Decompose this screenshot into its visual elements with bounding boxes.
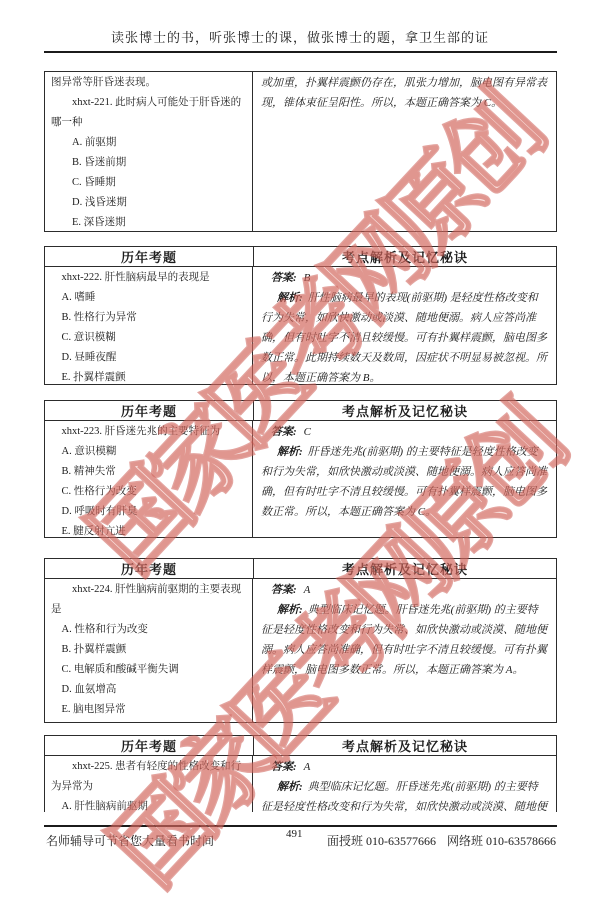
analysis-label: 解析:: [277, 292, 303, 304]
answer-label: 答案:: [271, 584, 297, 596]
analysis-line: 解析:肝性脑病最早的表现(前驱期) 是轻度性格改变和行为失常，如欣快激动或淡漠、…: [261, 288, 548, 384]
answer-label: 答案:: [271, 426, 297, 438]
answer-value: C: [304, 426, 311, 438]
footer-phone-onsite: 面授班 010-63577666: [327, 832, 436, 849]
analysis-line: 解析:典型临床记忆题。肝昏迷先兆(前驱期) 的主要特征是轻度性格改变和行为失常、…: [261, 600, 548, 680]
analysis-header: 考点解析及记忆秘诀: [254, 559, 556, 578]
footer-rule: [44, 825, 557, 827]
header-rule: [44, 51, 557, 53]
analysis-line: 解析:典型临床记忆题。肝昏迷先兆(前驱期) 的主要特征是轻度性格改变和行为失常，…: [261, 777, 548, 812]
table-header-row: 历年考题 考点解析及记忆秘诀: [45, 736, 556, 756]
question-table-xhxt-221: 图异常等肝昏迷表现。 xhxt-221. 此时病人可能处于肝昏迷的哪一种 A. …: [44, 71, 557, 232]
footer-phone-online: 网络班 010-63578666: [447, 832, 556, 849]
question-cell: xhxt-222. 肝性脑病最早的表现是 A. 嗜睡 B. 性格行为异常 C. …: [45, 267, 253, 384]
answer-label: 答案:: [271, 272, 297, 284]
answer-line: 答案:A: [261, 757, 548, 777]
analysis-header: 考点解析及记忆秘诀: [254, 401, 556, 420]
question-cell: 图异常等肝昏迷表现。 xhxt-221. 此时病人可能处于肝昏迷的哪一种 A. …: [45, 72, 253, 231]
analysis-continuation-text: 或加重，扑翼样震颤仍存在，肌张力增加，脑电图有异常表现，锥体束征呈阳性。所以，本…: [261, 73, 548, 113]
analysis-cell: 答案:C 解析:肝昏迷先兆(前驱期) 的主要特征是轻度性格改变和行为失常，如欣快…: [253, 421, 556, 537]
table-row: xhxt-222. 肝性脑病最早的表现是 A. 嗜睡 B. 性格行为异常 C. …: [45, 267, 556, 384]
question-table-xhxt-224: 历年考题 考点解析及记忆秘诀 xhxt-224. 肝性脑病前驱期的主要表现是 A…: [44, 558, 557, 723]
table-row: xhxt-223. 肝昏迷先兆的主要特征为 A. 意识模糊 B. 精神失常 C.…: [45, 421, 556, 537]
answer-value: A: [304, 584, 311, 596]
analysis-cell: 答案:A 解析:典型临床记忆题。肝昏迷先兆(前驱期) 的主要特征是轻度性格改变和…: [253, 756, 556, 812]
table-row: 图异常等肝昏迷表现。 xhxt-221. 此时病人可能处于肝昏迷的哪一种 A. …: [45, 72, 556, 231]
answer-line: 答案:C: [261, 422, 548, 442]
analysis-text: 肝性脑病最早的表现(前驱期) 是轻度性格改变和行为失常，如欣快激动或淡漠、随地便…: [261, 292, 547, 384]
header-slogan: 读张博士的书，听张博士的课，做张博士的题，拿卫生部的证: [0, 27, 600, 46]
table-row: xhxt-225. 患者有轻度的性格改变和行为异常为 A. 肝性脑病前驱期 答案…: [45, 756, 556, 812]
exam-questions-header: 历年考题: [45, 401, 254, 420]
analysis-label: 解析:: [277, 781, 303, 793]
analysis-text: 典型临床记忆题。肝昏迷先兆(前驱期) 的主要特征是轻度性格改变和行为失常，如欣快…: [261, 781, 547, 812]
table-header-row: 历年考题 考点解析及记忆秘诀: [45, 401, 556, 421]
question-cell: xhxt-223. 肝昏迷先兆的主要特征为 A. 意识模糊 B. 精神失常 C.…: [45, 421, 253, 537]
question-cell: xhxt-225. 患者有轻度的性格改变和行为异常为 A. 肝性脑病前驱期: [45, 756, 253, 812]
table-header-row: 历年考题 考点解析及记忆秘诀: [45, 559, 556, 579]
answer-label: 答案:: [271, 761, 297, 773]
table-header-row: 历年考题 考点解析及记忆秘诀: [45, 247, 556, 267]
table-row: xhxt-224. 肝性脑病前驱期的主要表现是 A. 性格和行为改变 B. 扑翼…: [45, 579, 556, 722]
analysis-cell: 答案:A 解析:典型临床记忆题。肝昏迷先兆(前驱期) 的主要特征是轻度性格改变和…: [253, 579, 556, 722]
analysis-label: 解析:: [277, 446, 303, 458]
analysis-header: 考点解析及记忆秘诀: [254, 247, 556, 266]
question-cell: xhxt-224. 肝性脑病前驱期的主要表现是 A. 性格和行为改变 B. 扑翼…: [45, 579, 253, 722]
answer-line: 答案:B: [261, 268, 548, 288]
footer-slogan: 名师辅导可节省您大量看书时间: [46, 832, 214, 849]
question-table-xhxt-223: 历年考题 考点解析及记忆秘诀 xhxt-223. 肝昏迷先兆的主要特征为 A. …: [44, 400, 557, 538]
analysis-cell: 或加重，扑翼样震颤仍存在，肌张力增加，脑电图有异常表现，锥体束征呈阳性。所以，本…: [253, 72, 556, 231]
answer-line: 答案:A: [261, 580, 548, 600]
analysis-label: 解析:: [277, 604, 303, 616]
analysis-header: 考点解析及记忆秘诀: [254, 736, 556, 755]
page-number: 491: [286, 828, 303, 840]
analysis-line: 解析:肝昏迷先兆(前驱期) 的主要特征是轻度性格改变和行为失常，如欣快激动或淡漠…: [261, 442, 548, 522]
analysis-text: 肝昏迷先兆(前驱期) 的主要特征是轻度性格改变和行为失常，如欣快激动或淡漠、随地…: [261, 446, 547, 518]
exam-questions-header: 历年考题: [45, 559, 254, 578]
analysis-cell: 答案:B 解析:肝性脑病最早的表现(前驱期) 是轻度性格改变和行为失常，如欣快激…: [253, 267, 556, 384]
question-table-xhxt-225: 历年考题 考点解析及记忆秘诀 xhxt-225. 患者有轻度的性格改变和行为异常…: [44, 735, 557, 812]
question-table-xhxt-222: 历年考题 考点解析及记忆秘诀 xhxt-222. 肝性脑病最早的表现是 A. 嗜…: [44, 246, 557, 385]
exam-questions-header: 历年考题: [45, 736, 254, 755]
document-page: 读张博士的书，听张博士的课，做张博士的题，拿卫生部的证 图异常等肝昏迷表现。 x…: [0, 0, 600, 912]
analysis-text: 典型临床记忆题。肝昏迷先兆(前驱期) 的主要特征是轻度性格改变和行为失常、如欣快…: [261, 604, 547, 676]
answer-value: A: [304, 761, 311, 773]
answer-value: B: [304, 272, 311, 284]
exam-questions-header: 历年考题: [45, 247, 254, 266]
